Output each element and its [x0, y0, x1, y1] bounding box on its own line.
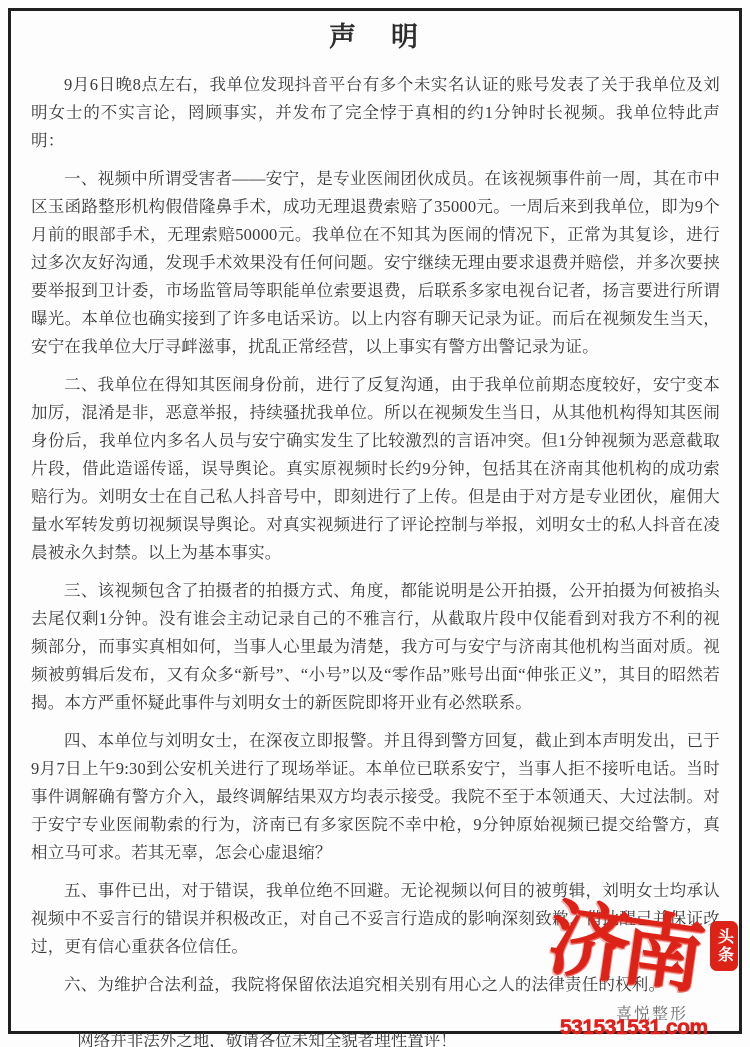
statement-paragraph-6: 六、为维护合法利益，我院将保留依法追究相关别有用心之人的法律责任的权利。 — [31, 971, 720, 999]
document-title: 声 明 — [31, 16, 720, 58]
intro-paragraph: 9月6日晚8点左右，我单位发现抖音平台有多个未实名认证的账号发表了关于我单位及刘… — [31, 71, 720, 155]
statement-paragraph-4: 四、本单位与刘明女士，在深夜立即报警。并且得到警方回复，截止到本声明发出，已于9… — [31, 727, 720, 867]
document-body: 声 明 9月6日晚8点左右，我单位发现抖音平台有多个未实名认证的账号发表了关于我… — [31, 16, 720, 1047]
statement-document-page: 声 明 9月6日晚8点左右，我单位发现抖音平台有多个未实名认证的账号发表了关于我… — [0, 0, 750, 1047]
statement-paragraph-1: 一、视频中所谓受害者——安宁，是专业医闹团伙成员。在该视频事件前一周，其在市中区… — [31, 165, 720, 361]
statement-paragraph-2: 二、我单位在得知其医闹身份前，进行了反复沟通，由于我单位前期态度较好，安宁变本加… — [31, 371, 720, 567]
statement-paragraph-5: 五、事件已出，对于错误，我单位绝不回避。无论视频以何目的被剪辑，刘明女士均承认视… — [31, 877, 720, 961]
clinic-signature: 喜悦整形 — [616, 1001, 688, 1024]
closing-appeal-line: 网络并非法外之地，敬请各位未知全貌者理性置评！ — [31, 1027, 720, 1047]
statement-paragraph-3: 三、该视频包含了拍摄者的拍摄方式、角度，都能说明是公开拍摄，公开拍摄为何被掐头去… — [31, 577, 720, 717]
